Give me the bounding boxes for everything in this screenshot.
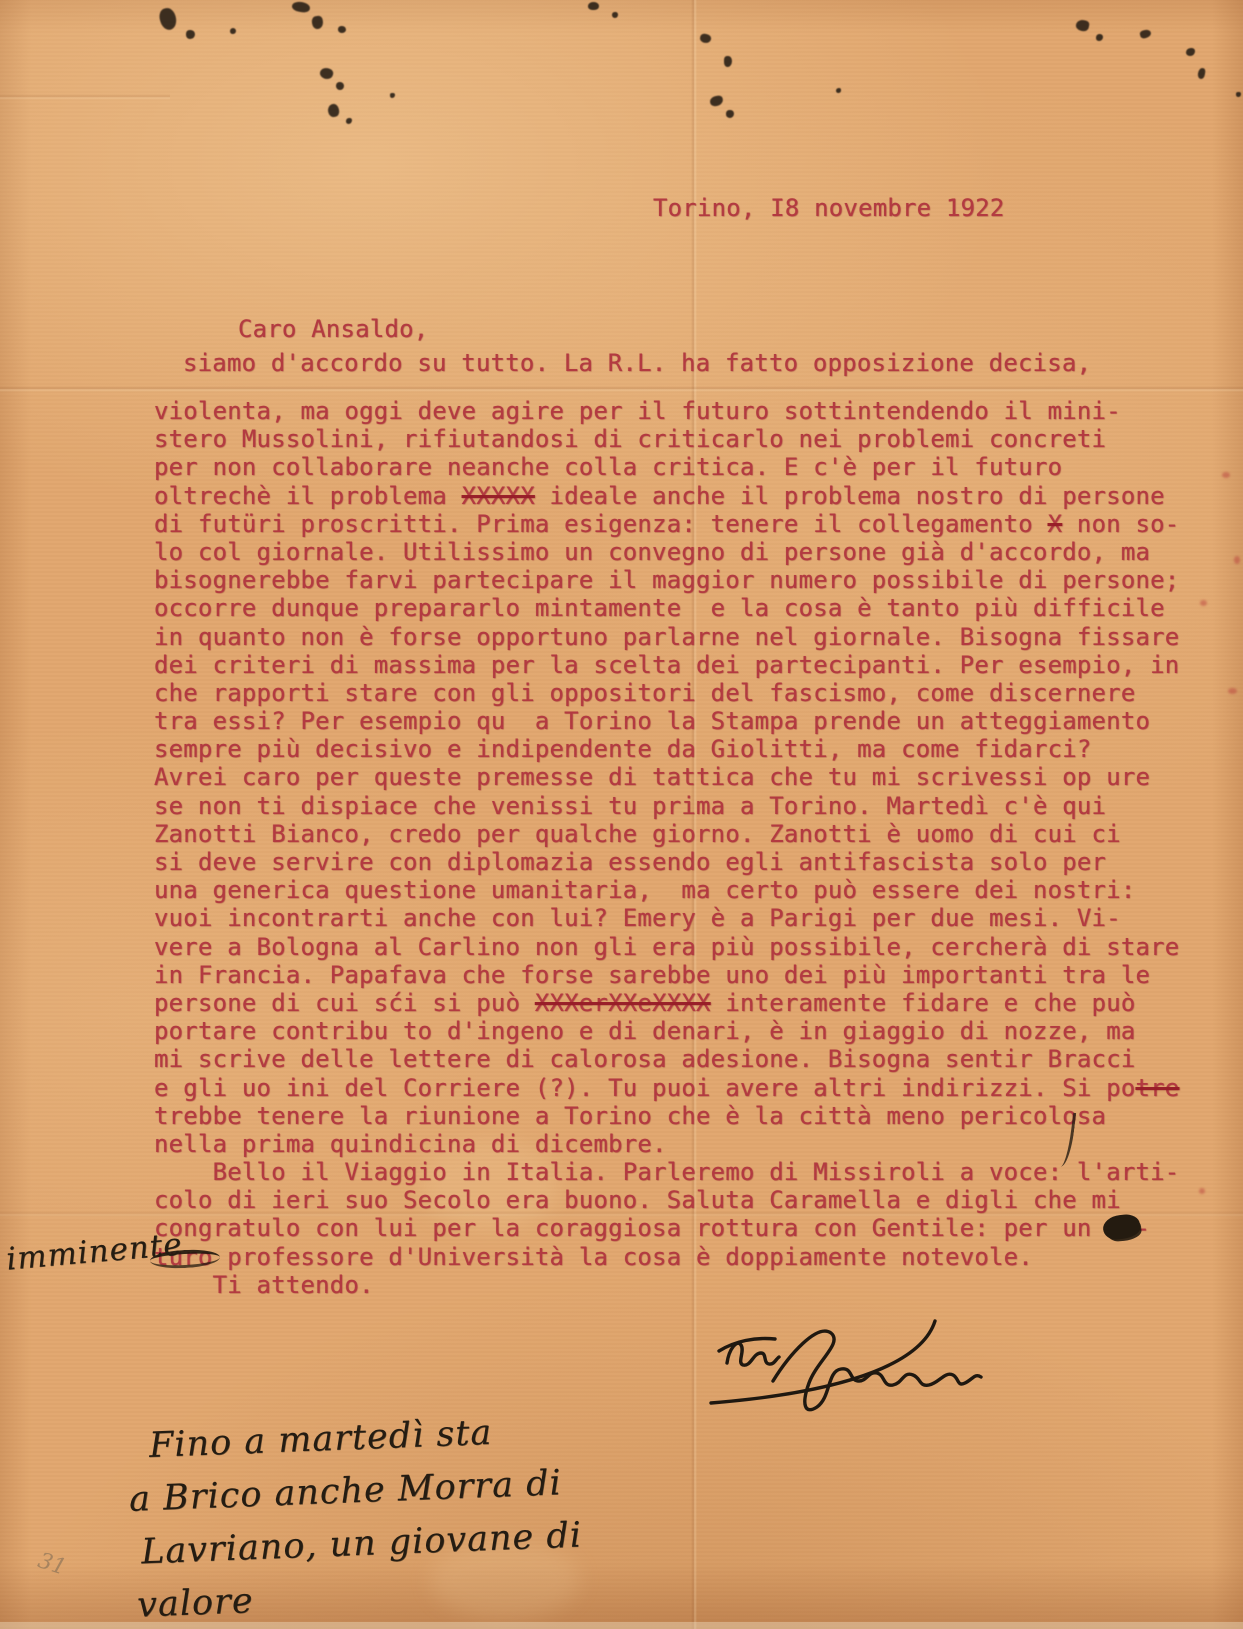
struck-text: X [1048,510,1063,538]
typed-text: oltrechè il problema [154,482,462,510]
ink-blot [186,30,195,39]
typed-line: Zanotti Bianco, credo per qualche giorno… [154,820,1179,848]
date-line: Torino, I8 novembre 1922 [653,194,1005,222]
signature-tuo [727,1343,779,1365]
typed-line: trebbe tenere la riunione a Torino che è… [154,1102,1179,1130]
struck-text: XXXerXXeXXXX [535,989,711,1017]
typed-text: e gli uo ini del Corriere (?). Tu puoi a… [154,1074,1136,1102]
typed-text: in Francia. Papafava che forse sarebbe u… [154,961,1150,989]
struck-text: tre [1136,1074,1180,1102]
typed-text: si deve servire con diplomazia essendo e… [154,848,1106,876]
red-smudge [1199,1188,1205,1194]
letter-body: violenta, ma oggi deve agire per il futu… [154,397,1179,1299]
typed-text: lo col giornale. Utilissimo un convegno … [154,538,1150,566]
ink-blot [338,26,346,33]
typed-line: vere a Bologna al Carlino non gli era pi… [154,933,1179,961]
typed-line: per non collaborare neanche colla critic… [154,453,1179,481]
ink-blot [346,118,352,124]
typed-line: turo professore d'Università la cosa è d… [154,1243,1179,1271]
ink-blot [336,82,344,90]
typed-text: colo di ieri suo Secolo era buono. Salut… [154,1186,1121,1214]
ink-blot [319,66,335,81]
typed-line: vuoi incontrarti anche con lui? Emery è … [154,904,1179,932]
typed-text: tra essi? Per esempio qu a Torino la Sta… [154,707,1150,735]
typed-line: stero Mussolini, rifiutandosi di critica… [154,425,1179,453]
ink-blot [1186,48,1195,56]
struck-text: XXXXX [462,482,535,510]
signature-cross [719,1339,775,1352]
typed-line: colo di ieri suo Secolo era buono. Salut… [154,1186,1179,1214]
fold-crease-horizontal [0,386,1243,392]
intro-line: siamo d'accordo su tutto. La R.L. ha fat… [183,349,1091,377]
red-smudge [1222,472,1230,478]
typed-line: nella prima quindicina di dicembre. [154,1130,1179,1158]
typed-line: mi scrive delle lettere di calorosa ades… [154,1045,1179,1073]
typed-text: Bello il Viaggio in Italia. Parleremo di… [154,1158,1179,1186]
typed-line: di futüri proscritti. Prima esigenza: te… [154,510,1179,538]
ink-blot [1139,29,1152,39]
typed-text: ideale anche il problema nostro di perso… [535,482,1165,510]
typed-text: bisognerebbe farvi partecipare il maggio… [154,566,1179,594]
fold-crease-horizontal [0,94,170,100]
typed-text: stero Mussolini, rifiutandosi di critica… [154,425,1106,453]
typed-text: una generica questione umanitaria, ma ce… [154,876,1136,904]
ink-blot [699,33,712,45]
pencil-mark: 31 [35,1548,69,1580]
typed-text: trebbe tenere la riunione a Torino che è… [154,1102,1106,1130]
ink-blot [724,56,732,67]
typed-line: congratulo con lui per la coraggiosa rot… [154,1214,1179,1242]
typed-text: sempre più decisivo e indipendente da Gi… [154,735,1092,763]
ink-blot [1197,68,1205,80]
ink-blot [157,6,178,31]
red-smudge [1200,600,1207,606]
typed-text: dei criteri di massima per la scelta dei… [154,651,1179,679]
typed-text: in quanto non è forse opportuno parlarne… [154,623,1179,651]
typed-line: in quanto non è forse opportuno parlarne… [154,623,1179,651]
typed-text: non so- [1062,510,1179,538]
typed-text: che rapporti stare con gli oppositori de… [154,679,1136,707]
typed-text: nella prima quindicina di dicembre. [154,1130,667,1158]
ink-blot [588,2,599,10]
typed-line: Avrei caro per queste premesse di tattic… [154,763,1179,791]
typed-line: in Francia. Papafava che forse sarebbe u… [154,961,1179,989]
typed-line: e gli uo ini del Corriere (?). Tu puoi a… [154,1074,1179,1102]
typed-text: vere a Bologna al Carlino non gli era pi… [154,933,1179,961]
typed-text: per non collaborare neanche colla critic… [154,453,1062,481]
typed-text: di futüri proscritti. Prima esigenza: te… [154,510,1048,538]
ink-blot [726,110,734,118]
typed-line: oltrechè il problema XXXXX ideale anche … [154,482,1179,510]
typed-line: se non ti dispiace che venissi tu prima … [154,792,1179,820]
typed-text: Avrei caro per queste premesse di tattic… [154,763,1150,791]
red-smudge [1234,556,1240,564]
typed-line: violenta, ma oggi deve agire per il futu… [154,397,1179,425]
postscript-note: Fino a martedì staa Brico anche Morra di… [134,1404,585,1629]
typed-line: lo col giornale. Utilissimo un convegno … [154,538,1179,566]
typed-text: interamente fidare e che può [711,989,1136,1017]
typed-line: persone di cui sći si può XXXerXXeXXXX i… [154,989,1179,1017]
typed-line: occorre dunque prepararlo mintamente e l… [154,594,1179,622]
ink-blot [311,15,324,29]
typed-line: tra essi? Per esempio qu a Torino la Sta… [154,707,1179,735]
typed-text: portare contribu to d'ingeno e di denari… [154,1017,1136,1045]
red-smudge [1228,688,1237,694]
typed-line: bisognerebbe farvi partecipare il maggio… [154,566,1179,594]
ink-blot [1236,92,1241,97]
letter-page: Torino, I8 novembre 1922 Caro Ansaldo, s… [0,0,1243,1629]
typed-text: professore d'Università la cosa è doppia… [213,1243,1033,1271]
typed-text: Ti attendo. [154,1271,374,1299]
typed-text: violenta, ma oggi deve agire per il futu… [154,397,1121,425]
typed-line: una generica questione umanitaria, ma ce… [154,876,1179,904]
typed-line: sempre più decisivo e indipendente da Gi… [154,735,1179,763]
ink-blot [291,1,310,14]
struck-text: fu [1106,1214,1135,1242]
typed-line: si deve servire con diplomazia essendo e… [154,848,1179,876]
ink-blot [390,93,395,98]
typed-line: Bello il Viaggio in Italia. Parleremo di… [154,1158,1179,1186]
typed-text: se non ti dispiace che venissi tu prima … [154,792,1106,820]
typed-text: Zanotti Bianco, credo per qualche giorno… [154,820,1121,848]
typed-line: dei criteri di massima per la scelta dei… [154,651,1179,679]
typed-line: che rapporti stare con gli oppositori de… [154,679,1179,707]
salutation: Caro Ansaldo, [238,315,428,343]
ink-blot [1075,19,1090,32]
typed-text: vuoi incontrarti anche con lui? Emery è … [154,904,1121,932]
typed-text: congratulo con lui per la coraggiosa rot… [154,1214,1106,1242]
ink-blot [327,103,340,118]
ink-blot [836,88,841,93]
typed-text: persone di cui sći si può [154,989,535,1017]
signature-scrawl [655,1275,1005,1420]
ink-blot [230,28,236,34]
typed-text: occorre dunque prepararlo mintamente e l… [154,594,1165,622]
typed-text: mi scrive delle lettere di calorosa ades… [154,1045,1136,1073]
ink-blot [709,95,724,107]
typed-line: portare contribu to d'ingeno e di denari… [154,1017,1179,1045]
ink-blot [612,12,618,18]
ink-blot [1096,34,1103,41]
